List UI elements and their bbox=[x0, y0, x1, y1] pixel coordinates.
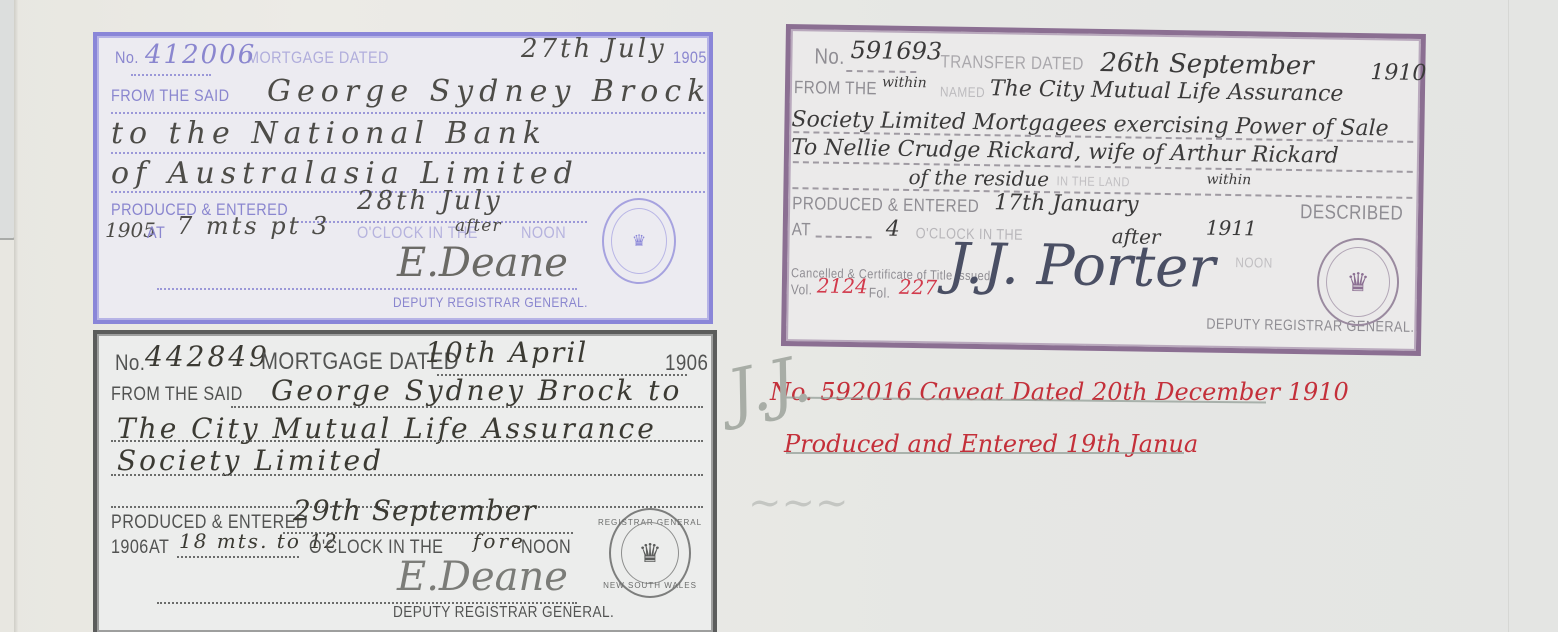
produced-date: 29th September bbox=[293, 494, 537, 527]
period-value: after bbox=[455, 216, 501, 236]
party-line-1: George Sydney Brock bbox=[267, 74, 711, 109]
memorial-transfer-591693: No. 591693 TRANSFER DATED 26th September… bbox=[781, 24, 1426, 356]
memorial-number: 591693 bbox=[850, 36, 942, 65]
from-label: FROM THE bbox=[794, 77, 877, 99]
seal-text-bottom: NEW SOUTH WALES bbox=[603, 581, 697, 590]
type-label: MORTGAGE DATED bbox=[247, 48, 389, 68]
binding-edge bbox=[14, 0, 18, 632]
year-value: 1906 bbox=[665, 350, 708, 376]
party-line-2: to the National Bank bbox=[111, 116, 547, 151]
page-fold-line bbox=[1508, 0, 1509, 632]
from-label: FROM THE SAID bbox=[111, 384, 243, 406]
fol-value: 227 bbox=[899, 275, 938, 300]
memorial-number: 442849 bbox=[145, 340, 270, 373]
memorial-mortgage-412006: No. 412006 MORTGAGE DATED 27th July 1905… bbox=[93, 32, 713, 324]
type-label: TRANSFER DATED bbox=[940, 51, 1084, 74]
from-hand: within bbox=[882, 75, 927, 92]
number-label: No. bbox=[115, 48, 139, 68]
at-label: AT bbox=[149, 537, 169, 559]
registrar-signature: J.J. Porter bbox=[947, 232, 1216, 301]
entry-time: 4 bbox=[886, 217, 900, 242]
described-label: DESCRIBED bbox=[1300, 201, 1403, 226]
registrar-signature: E.Deane bbox=[397, 240, 568, 286]
registrar-seal: REGISTRAR GENERAL ♛ NEW SOUTH WALES bbox=[609, 508, 691, 598]
registrar-seal: ♛ bbox=[602, 198, 676, 284]
from-label: FROM THE SAID bbox=[111, 86, 229, 106]
fol-label: Fol. bbox=[869, 284, 891, 300]
registrar-seal: ♛ bbox=[1316, 237, 1399, 326]
registrar-signature: E.Deane bbox=[397, 554, 568, 600]
signatory-title: DEPUTY REGISTRAR GENERAL. bbox=[393, 294, 588, 310]
memorial-number: 412006 bbox=[145, 40, 256, 70]
entry-time: 7 mts pt 3 bbox=[177, 212, 330, 240]
dated-value: 27th July bbox=[521, 34, 667, 64]
at-label: AT bbox=[792, 219, 812, 240]
dated-value: 26th September bbox=[1100, 48, 1314, 81]
vol-label: Vol. bbox=[791, 281, 813, 297]
year-value: 1910 bbox=[1370, 60, 1426, 86]
party-line-1: George Sydney Brock to bbox=[271, 374, 682, 407]
year-prefix: 1906 bbox=[111, 537, 149, 559]
noon-label: NOON bbox=[1235, 254, 1273, 271]
pencil-scribble: ~~~ bbox=[748, 480, 849, 526]
party-line-4: of the residue bbox=[908, 165, 1049, 191]
period-value: fore bbox=[473, 529, 526, 553]
dated-value: 10th April bbox=[425, 336, 588, 369]
crest-icon: ♛ bbox=[1346, 266, 1370, 297]
number-label: No. bbox=[814, 43, 845, 69]
produced-date: 17th January bbox=[994, 190, 1139, 217]
party-line-3: of Australasia Limited bbox=[111, 156, 579, 191]
memorial-mortgage-442849: No. 442849 MORTGAGE DATED 10th April 190… bbox=[93, 330, 717, 632]
produced-date: 28th July bbox=[357, 186, 503, 216]
crest-icon: ♛ bbox=[638, 538, 661, 569]
party-line-3: Society Limited bbox=[117, 444, 384, 477]
signatory-title: DEPUTY REGISTRAR GENERAL. bbox=[393, 604, 614, 622]
produced-label: PRODUCED & ENTERED bbox=[792, 193, 979, 217]
within-hand: within bbox=[1206, 172, 1251, 189]
pencil-initials: J.J. bbox=[721, 342, 817, 431]
party-line-1: The City Mutual Life Assurance bbox=[990, 76, 1344, 107]
number-label: No. bbox=[115, 350, 145, 376]
crest-icon: ♛ bbox=[632, 231, 646, 251]
vol-value: 2124 bbox=[817, 274, 868, 299]
title-document-page: No. 412006 MORTGAGE DATED 27th July 1905… bbox=[0, 0, 1558, 632]
signatory-title: DEPUTY REGISTRAR GENERAL. bbox=[1206, 316, 1414, 336]
in-the-land-label: IN THE LAND bbox=[1056, 173, 1129, 189]
caveat-strikethrough-2 bbox=[786, 452, 1184, 454]
named-label: NAMED bbox=[940, 83, 985, 100]
at-label: AT bbox=[147, 223, 165, 243]
year-value: 1905 bbox=[673, 48, 707, 68]
